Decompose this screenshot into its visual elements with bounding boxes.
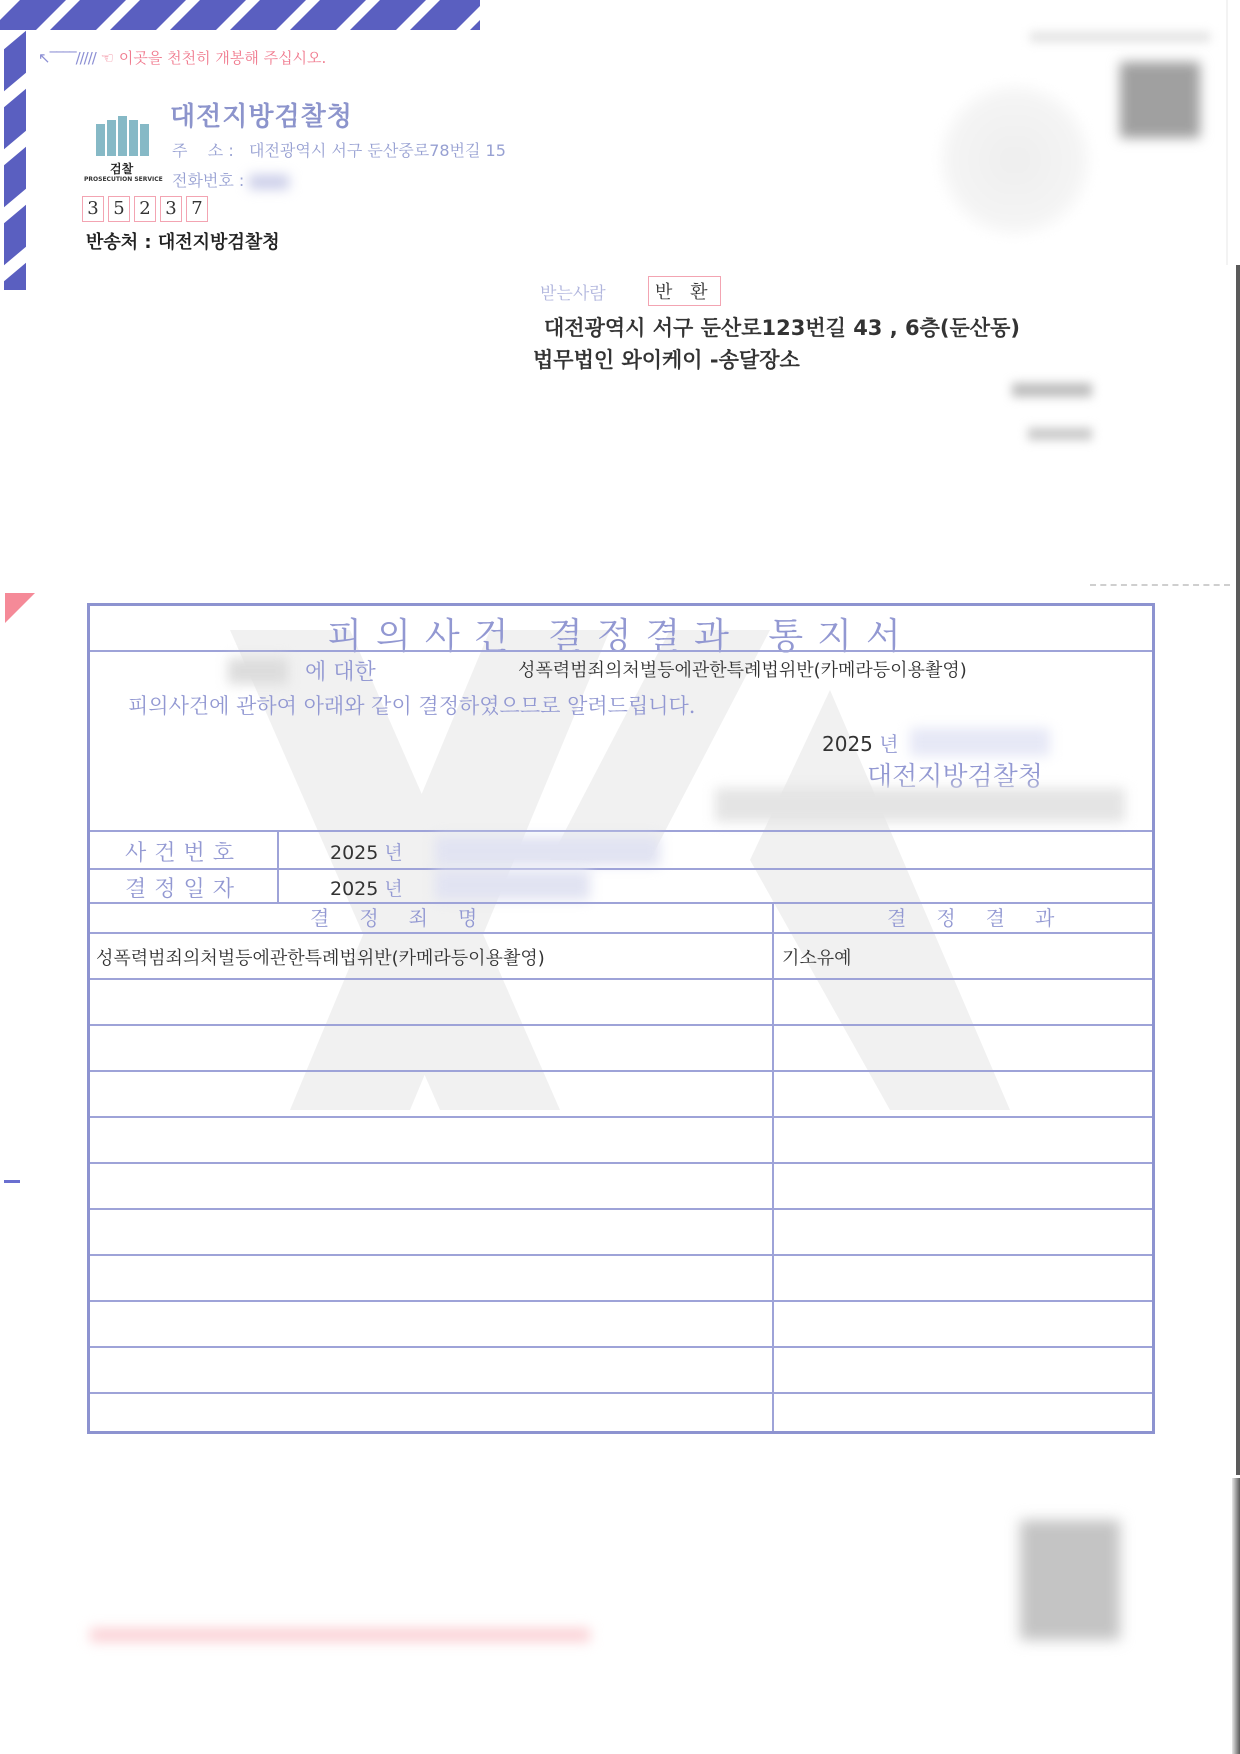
fold-marks bbox=[1090, 584, 1230, 588]
redacted-phone bbox=[249, 175, 289, 189]
return-address: 반송처 : 대전지방검찰청 bbox=[86, 228, 280, 254]
row-divider bbox=[90, 1208, 1152, 1210]
postal-digit: 3 bbox=[82, 196, 104, 222]
postal-digit: 2 bbox=[134, 196, 156, 222]
tear-arrow-icon: ↖‾‾‾‾///// bbox=[38, 49, 96, 67]
redacted-text bbox=[1028, 428, 1092, 440]
return-badge: 반 환 bbox=[648, 276, 721, 306]
scan-mark bbox=[4, 1180, 20, 1183]
redacted-postmark-icon bbox=[935, 80, 1095, 240]
page-edge bbox=[1236, 265, 1240, 1475]
postal-code: 35237 bbox=[82, 196, 208, 222]
logo-text-kr: 검찰 bbox=[110, 160, 133, 177]
redacted-qr-code bbox=[1120, 62, 1200, 138]
corner-marker-icon bbox=[5, 593, 35, 623]
logo-bars-icon bbox=[96, 116, 152, 156]
notice-body: 피의사건에 관하여 아래와 같이 결정하였으므로 알려드립니다. bbox=[128, 690, 696, 720]
row-divider bbox=[90, 1162, 1152, 1164]
offense-name: 성폭력범죄의처벌등에관한특례법위반(카메라등이용촬영) bbox=[518, 656, 967, 682]
redacted-signature bbox=[715, 788, 1125, 822]
redacted-footer-text bbox=[90, 1628, 590, 1642]
redacted-text bbox=[1012, 383, 1092, 397]
sender-address: 주 소 : 대전광역시 서구 둔산중로78번길 15 bbox=[172, 138, 506, 161]
open-here-hint: ↖‾‾‾‾///// ☜ 이곳을 천천히 개봉해 주십시오. bbox=[38, 47, 326, 68]
row-divider bbox=[90, 1254, 1152, 1256]
postal-digit: 3 bbox=[160, 196, 182, 222]
row-divider bbox=[90, 978, 1152, 980]
postal-digit: 5 bbox=[108, 196, 130, 222]
row-divider bbox=[90, 1300, 1152, 1302]
recipient-name: 법무법인 와이케이 -송달장소 bbox=[533, 344, 800, 374]
row-divider bbox=[90, 1346, 1152, 1348]
decision-date-label: 결정일자 bbox=[90, 872, 277, 903]
envelope-edge bbox=[1226, 0, 1228, 265]
case-number-label: 사건번호 bbox=[90, 836, 277, 867]
recipient-address: 대전광역시 서구 둔산로123번길 43 , 6층(둔산동) bbox=[544, 312, 1020, 342]
row-divider bbox=[90, 1392, 1152, 1394]
page-edge-shadow bbox=[1232, 1478, 1240, 1754]
row-divider bbox=[90, 932, 1152, 934]
redacted-name bbox=[228, 658, 288, 684]
redacted-barcode bbox=[1020, 1520, 1120, 1640]
pointing-hand-icon: ☜ bbox=[101, 49, 114, 67]
row-divider bbox=[90, 1116, 1152, 1118]
open-hint-text: 이곳을 천천히 개봉해 주십시오. bbox=[119, 49, 326, 67]
recipient-label: 받는사람 bbox=[540, 279, 606, 304]
logo-text-en: PROSECUTION SERVICE bbox=[84, 176, 163, 183]
notice-date: 2025 년 bbox=[822, 728, 899, 757]
header-charge: 결정죄명 bbox=[310, 902, 507, 931]
regarding-label: 에 대한 bbox=[305, 655, 376, 686]
redacted-case-number bbox=[435, 836, 660, 866]
airmail-stripe-left bbox=[0, 0, 30, 290]
result-cell: 기소유예 bbox=[782, 944, 852, 970]
prosecution-logo: 검찰 PROSECUTION SERVICE bbox=[96, 116, 162, 188]
decision-date-value: 2025 년 bbox=[330, 874, 403, 901]
row-divider bbox=[90, 1070, 1152, 1072]
redacted-date bbox=[910, 728, 1050, 756]
airmail-stripe-top bbox=[0, 0, 480, 34]
decision-notice-form: 피의사건 결정결과 통지서 에 대한 성폭력범죄의처벌등에관한특례법위반(카메라… bbox=[87, 603, 1155, 1434]
case-number-value: 2025 년 bbox=[330, 838, 403, 865]
sender-phone: 전화번호 : bbox=[172, 168, 289, 191]
sender-name: 대전지방검찰청 bbox=[170, 96, 353, 133]
redacted-postmark-line bbox=[1030, 32, 1210, 42]
row-divider bbox=[90, 1024, 1152, 1026]
redacted-decision-date bbox=[435, 870, 590, 900]
header-result: 결정결과 bbox=[887, 902, 1084, 931]
charge-cell: 성폭력범죄의처벌등에관한특례법위반(카메라등이용촬영) bbox=[96, 944, 545, 970]
postal-digit: 7 bbox=[186, 196, 208, 222]
